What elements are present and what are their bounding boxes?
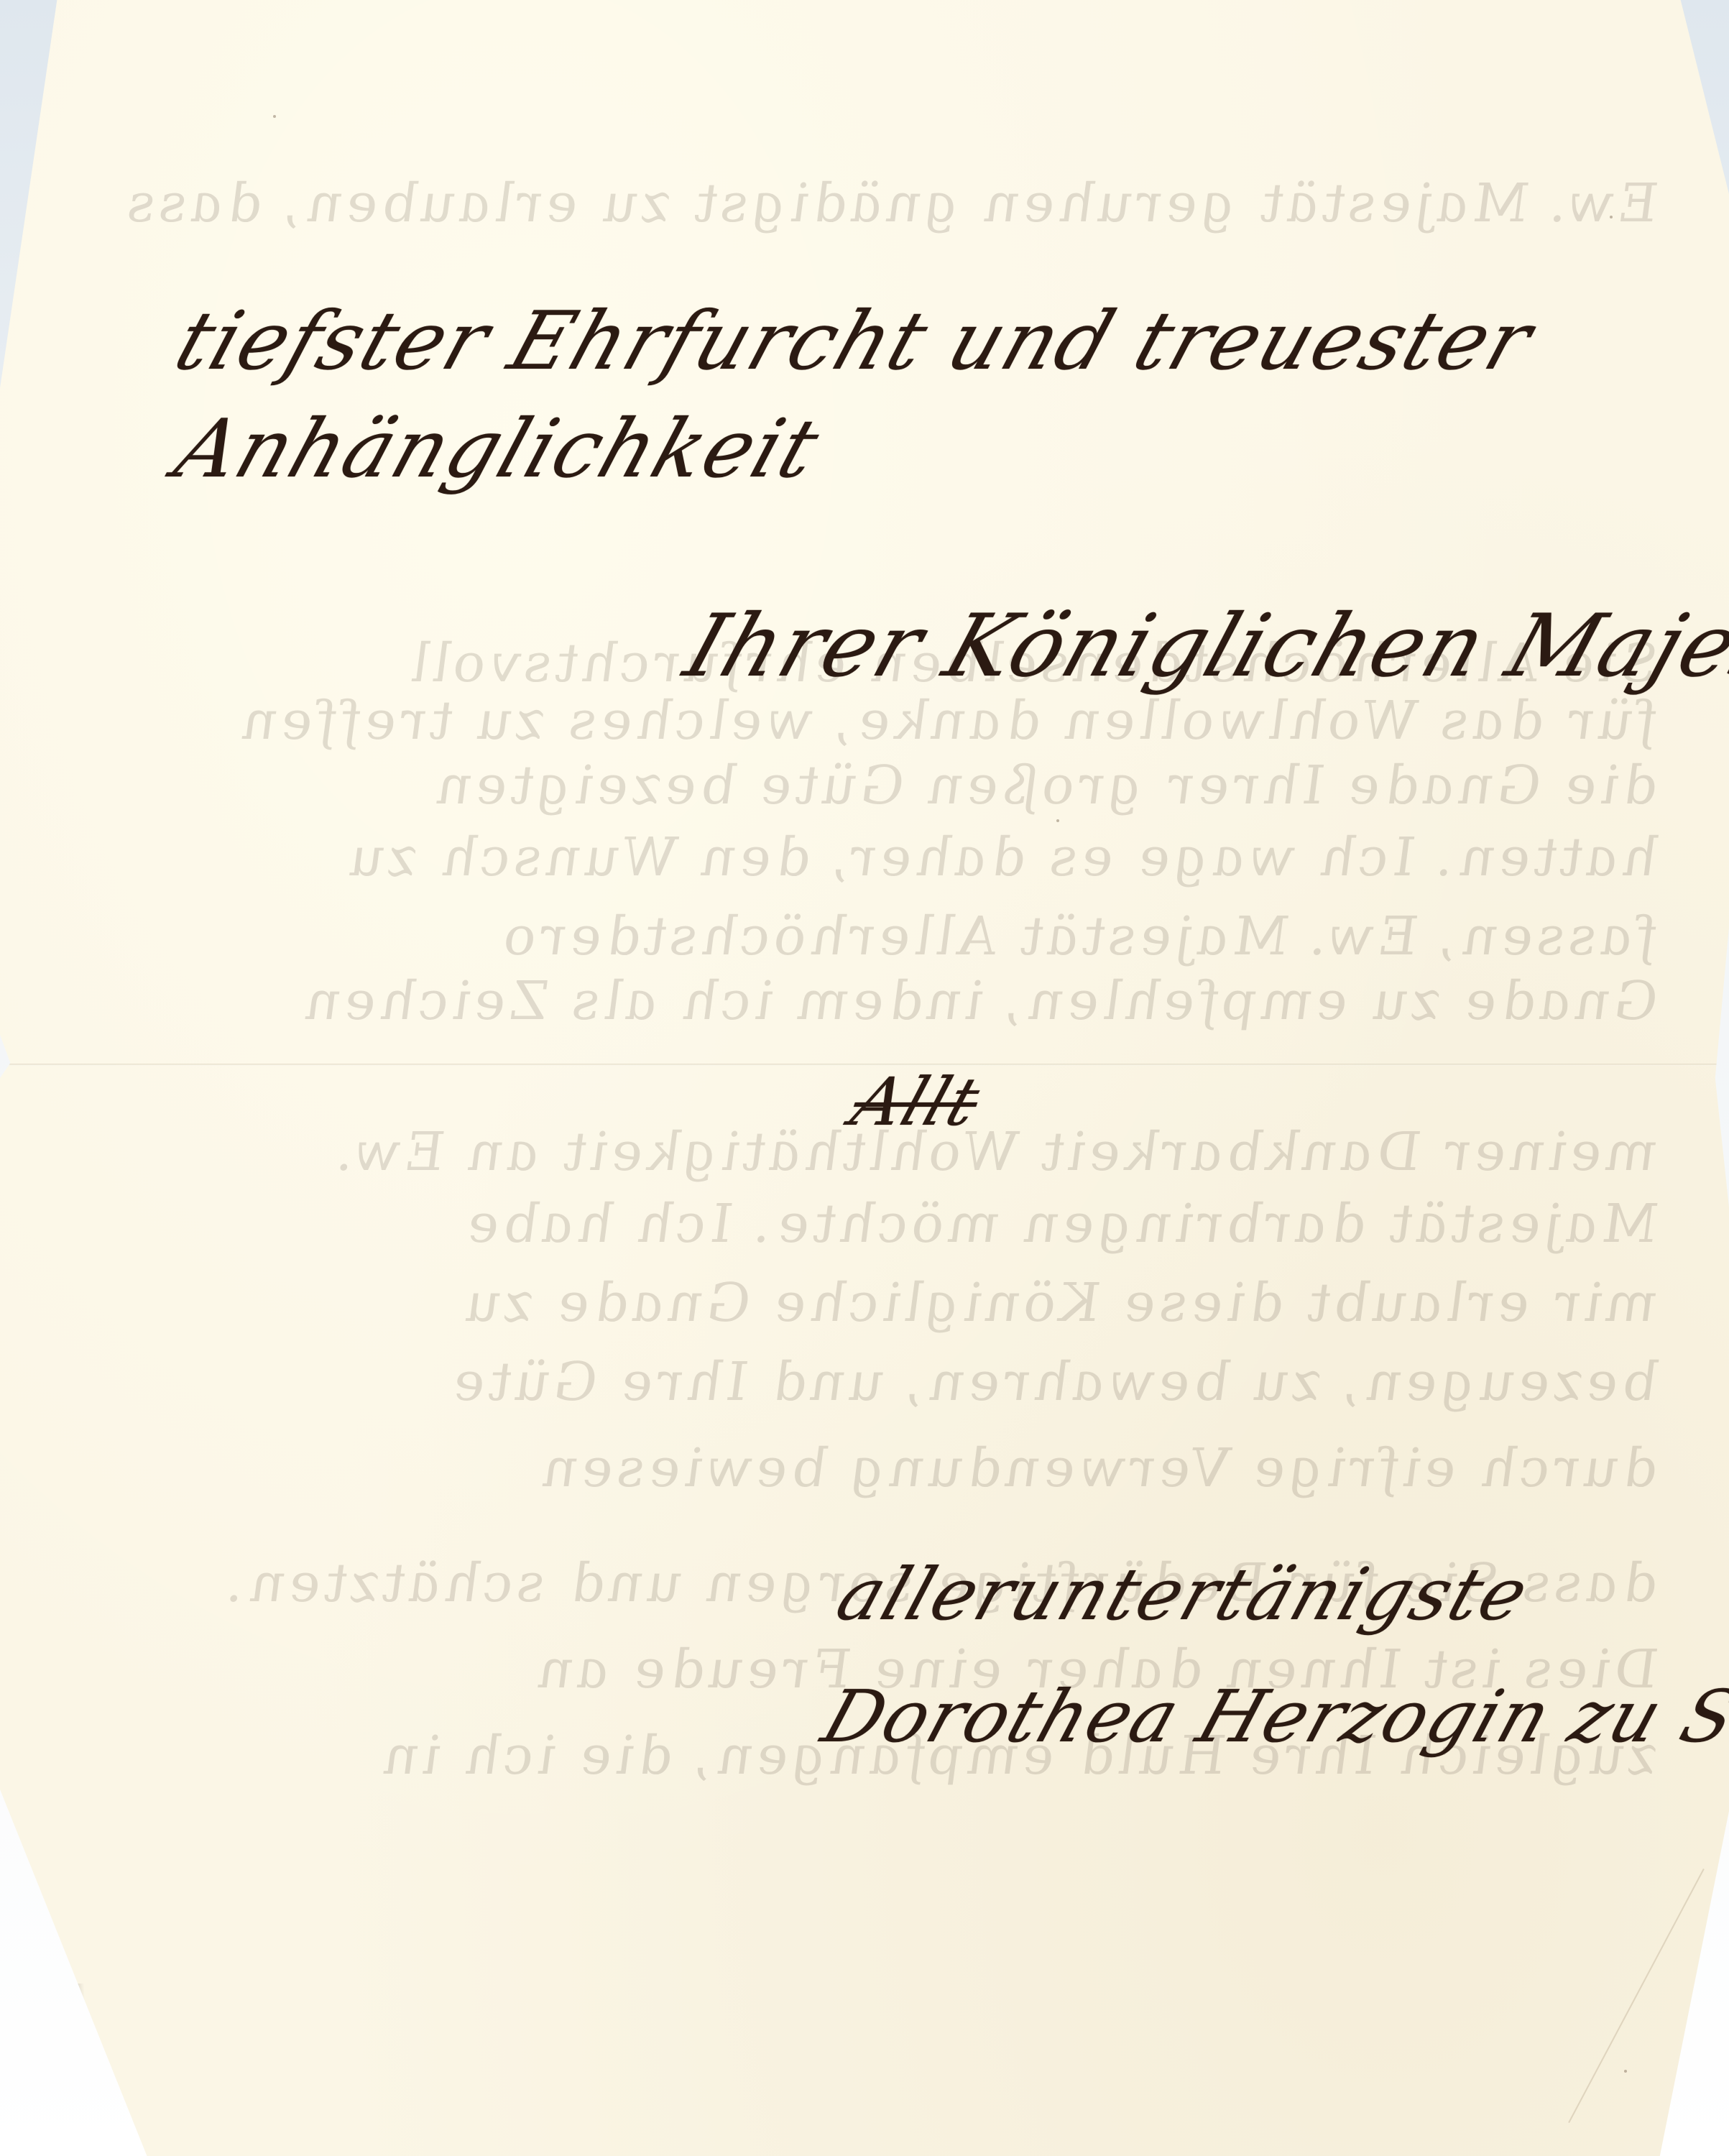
paper-fleck xyxy=(1610,216,1613,218)
horizontal-fold-crease xyxy=(0,1064,1729,1066)
addressee-line: Ihrer Königlichen Majestät xyxy=(673,596,1729,696)
bleed-line: für das Wohlwollen danke, welches zu tre… xyxy=(229,690,1667,752)
bleed-line: mir erlaubt diese Königliche Gnade zu xyxy=(452,1272,1667,1334)
bleed-line: hatten. Ich wage es daher, den Wunsch zu xyxy=(336,826,1667,888)
bleed-line: fassen, Ew. Majestät Allerhöchstdero xyxy=(491,906,1667,967)
paper-fleck xyxy=(1056,819,1059,822)
signature-salutation: alleruntertänigste xyxy=(827,1552,1539,1636)
letter-page: Ew. Majestät geruhen gnädigst zu erlaube… xyxy=(0,0,1729,2156)
bleed-line: durch eifrige Verwendung bewiesen xyxy=(530,1437,1667,1499)
paper-fleck xyxy=(273,115,276,118)
bleed-line: meiner Dankbarkeit Wohlthätigkeit an Ew. xyxy=(326,1121,1667,1183)
bleed-line: Ew. Majestät geruhen gnädigst zu erlaube… xyxy=(114,172,1667,234)
closing-line-1: tiefster Ehrfurcht und treuester xyxy=(165,295,1544,388)
bleed-line: die Gnade Ihrer großen Güte bezeigten xyxy=(423,755,1667,816)
bleed-line: Gnade zu empfehlen, indem ich als Zeiche… xyxy=(292,970,1667,1032)
struck-out-word: Allt xyxy=(843,1064,990,1141)
bleed-line: Majestät darbringen möchte. Ich habe xyxy=(454,1193,1667,1255)
bleed-line: bezeugen, zu bewahren, und Ihre Güte xyxy=(440,1351,1667,1413)
signature-name: Dorothea Herzogin zu Sagan xyxy=(813,1674,1729,1759)
paper-fleck xyxy=(1624,2070,1627,2073)
closing-line-2: Anhänglichkeit xyxy=(165,402,831,496)
